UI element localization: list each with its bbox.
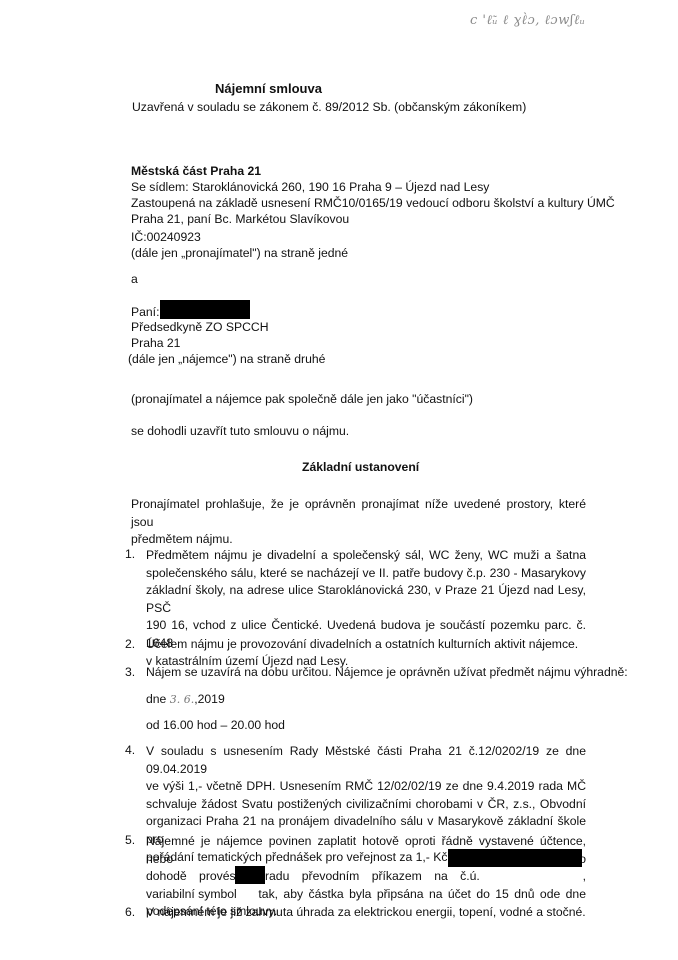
landlord-seat: Se sídlem: Staroklánovická 260, 190 16 P… — [131, 180, 489, 194]
tenant-position: Předsedkyně ZO SPCCH — [131, 320, 269, 334]
clause-4-number: 4. — [125, 743, 135, 757]
clause-3-number: 3. — [125, 665, 135, 679]
date-handwritten: 3. 6. — [170, 693, 195, 706]
tenant-name-label: Paní: — [131, 305, 159, 319]
section-title: Základní ustanovení — [302, 460, 419, 474]
date-label: dne — [146, 692, 166, 706]
intro-line-1: Pronajímatel prohlašuje, že je oprávněn … — [131, 496, 586, 531]
clause-1: Předmětem nájmu je divadelní a společens… — [146, 547, 586, 670]
landlord-role: (dále jen „pronajímatel") na straně jedn… — [131, 246, 348, 260]
clause-2-text: Účelem nájmu je provozování divadelních … — [146, 637, 578, 651]
clause-1-line: Předmětem nájmu je divadelní a společens… — [146, 547, 586, 565]
clause-3-text: Nájem se uzavírá na dobu určitou. Nájemc… — [146, 665, 628, 679]
clause-5-line-2-start: dohodě provést úhradu převodním příkazem… — [146, 869, 480, 883]
clause-5-line-3-start: variabilní symbol — [146, 887, 237, 901]
redacted-account-number — [448, 849, 582, 867]
clause-1-line: společenského sálu, které se nacházejí v… — [146, 565, 586, 583]
handwritten-note: ⅽ 'ℓ̃ᵤ ℓ ɣℓ̀ɔ, ℓɔwʃℓᵤ — [470, 12, 585, 28]
clause-6-text: V nájemném je již zahrnuta úhrada za ele… — [146, 905, 586, 919]
landlord-represented-line1: Zastoupená na základě usnesení RMČ10/016… — [131, 196, 615, 210]
clause-2-number: 2. — [125, 637, 135, 651]
agreement-statement: se dohodli uzavřít tuto smlouvu o nájmu. — [131, 424, 349, 438]
clause-5-line-3-end: tak, aby částka byla připsána na účet do… — [258, 886, 586, 904]
tenant-role: (dále jen „nájemce") na straně druhé — [128, 352, 325, 366]
document-subtitle: Uzavřená v souladu se zákonem č. 89/2012… — [132, 100, 526, 114]
parties-note: (pronajímatel a nájemce pak společně dál… — [131, 392, 473, 406]
clause-4-line: ve výši 1,- včetně DPH. Usnesením RMČ 12… — [146, 778, 586, 796]
clause-3-time: od 16.00 hod – 20.00 hod — [146, 718, 285, 732]
clause-5-line-2-end: , — [583, 868, 586, 886]
clause-1-line: základní školy, na adrese ulice Staroklá… — [146, 582, 586, 617]
landlord-represented-line2: Praha 21, paní Bc. Markétou Slavíkovou — [131, 212, 349, 226]
document-title: Nájemní smlouva — [215, 81, 322, 96]
clause-3-date: dne 3. 6.,2019 — [146, 692, 225, 706]
clause-5-line-3: variabilní symbol tak, aby částka byla p… — [146, 886, 586, 904]
clause-5-line-2: dohodě provést úhradu převodním příkazem… — [146, 868, 586, 886]
redacted-variable-symbol — [235, 866, 265, 884]
redacted-tenant-name — [160, 300, 250, 319]
landlord-name: Městská část Praha 21 — [131, 164, 261, 178]
clause-5-number: 5. — [125, 833, 135, 847]
clause-6-number: 6. — [125, 905, 135, 919]
clause-1-number: 1. — [125, 547, 135, 561]
tenant-city: Praha 21 — [131, 336, 180, 350]
clause-4-line: V souladu s usnesením Rady Městské části… — [146, 743, 586, 778]
date-year: ,2019 — [194, 692, 225, 706]
intro-paragraph: Pronajímatel prohlašuje, že je oprávněn … — [131, 496, 586, 549]
conjunction: a — [131, 272, 138, 286]
clause-4-line: schvaluje žádost Svatu postižených civil… — [146, 796, 586, 814]
landlord-ic: IČ:00240923 — [131, 230, 201, 244]
